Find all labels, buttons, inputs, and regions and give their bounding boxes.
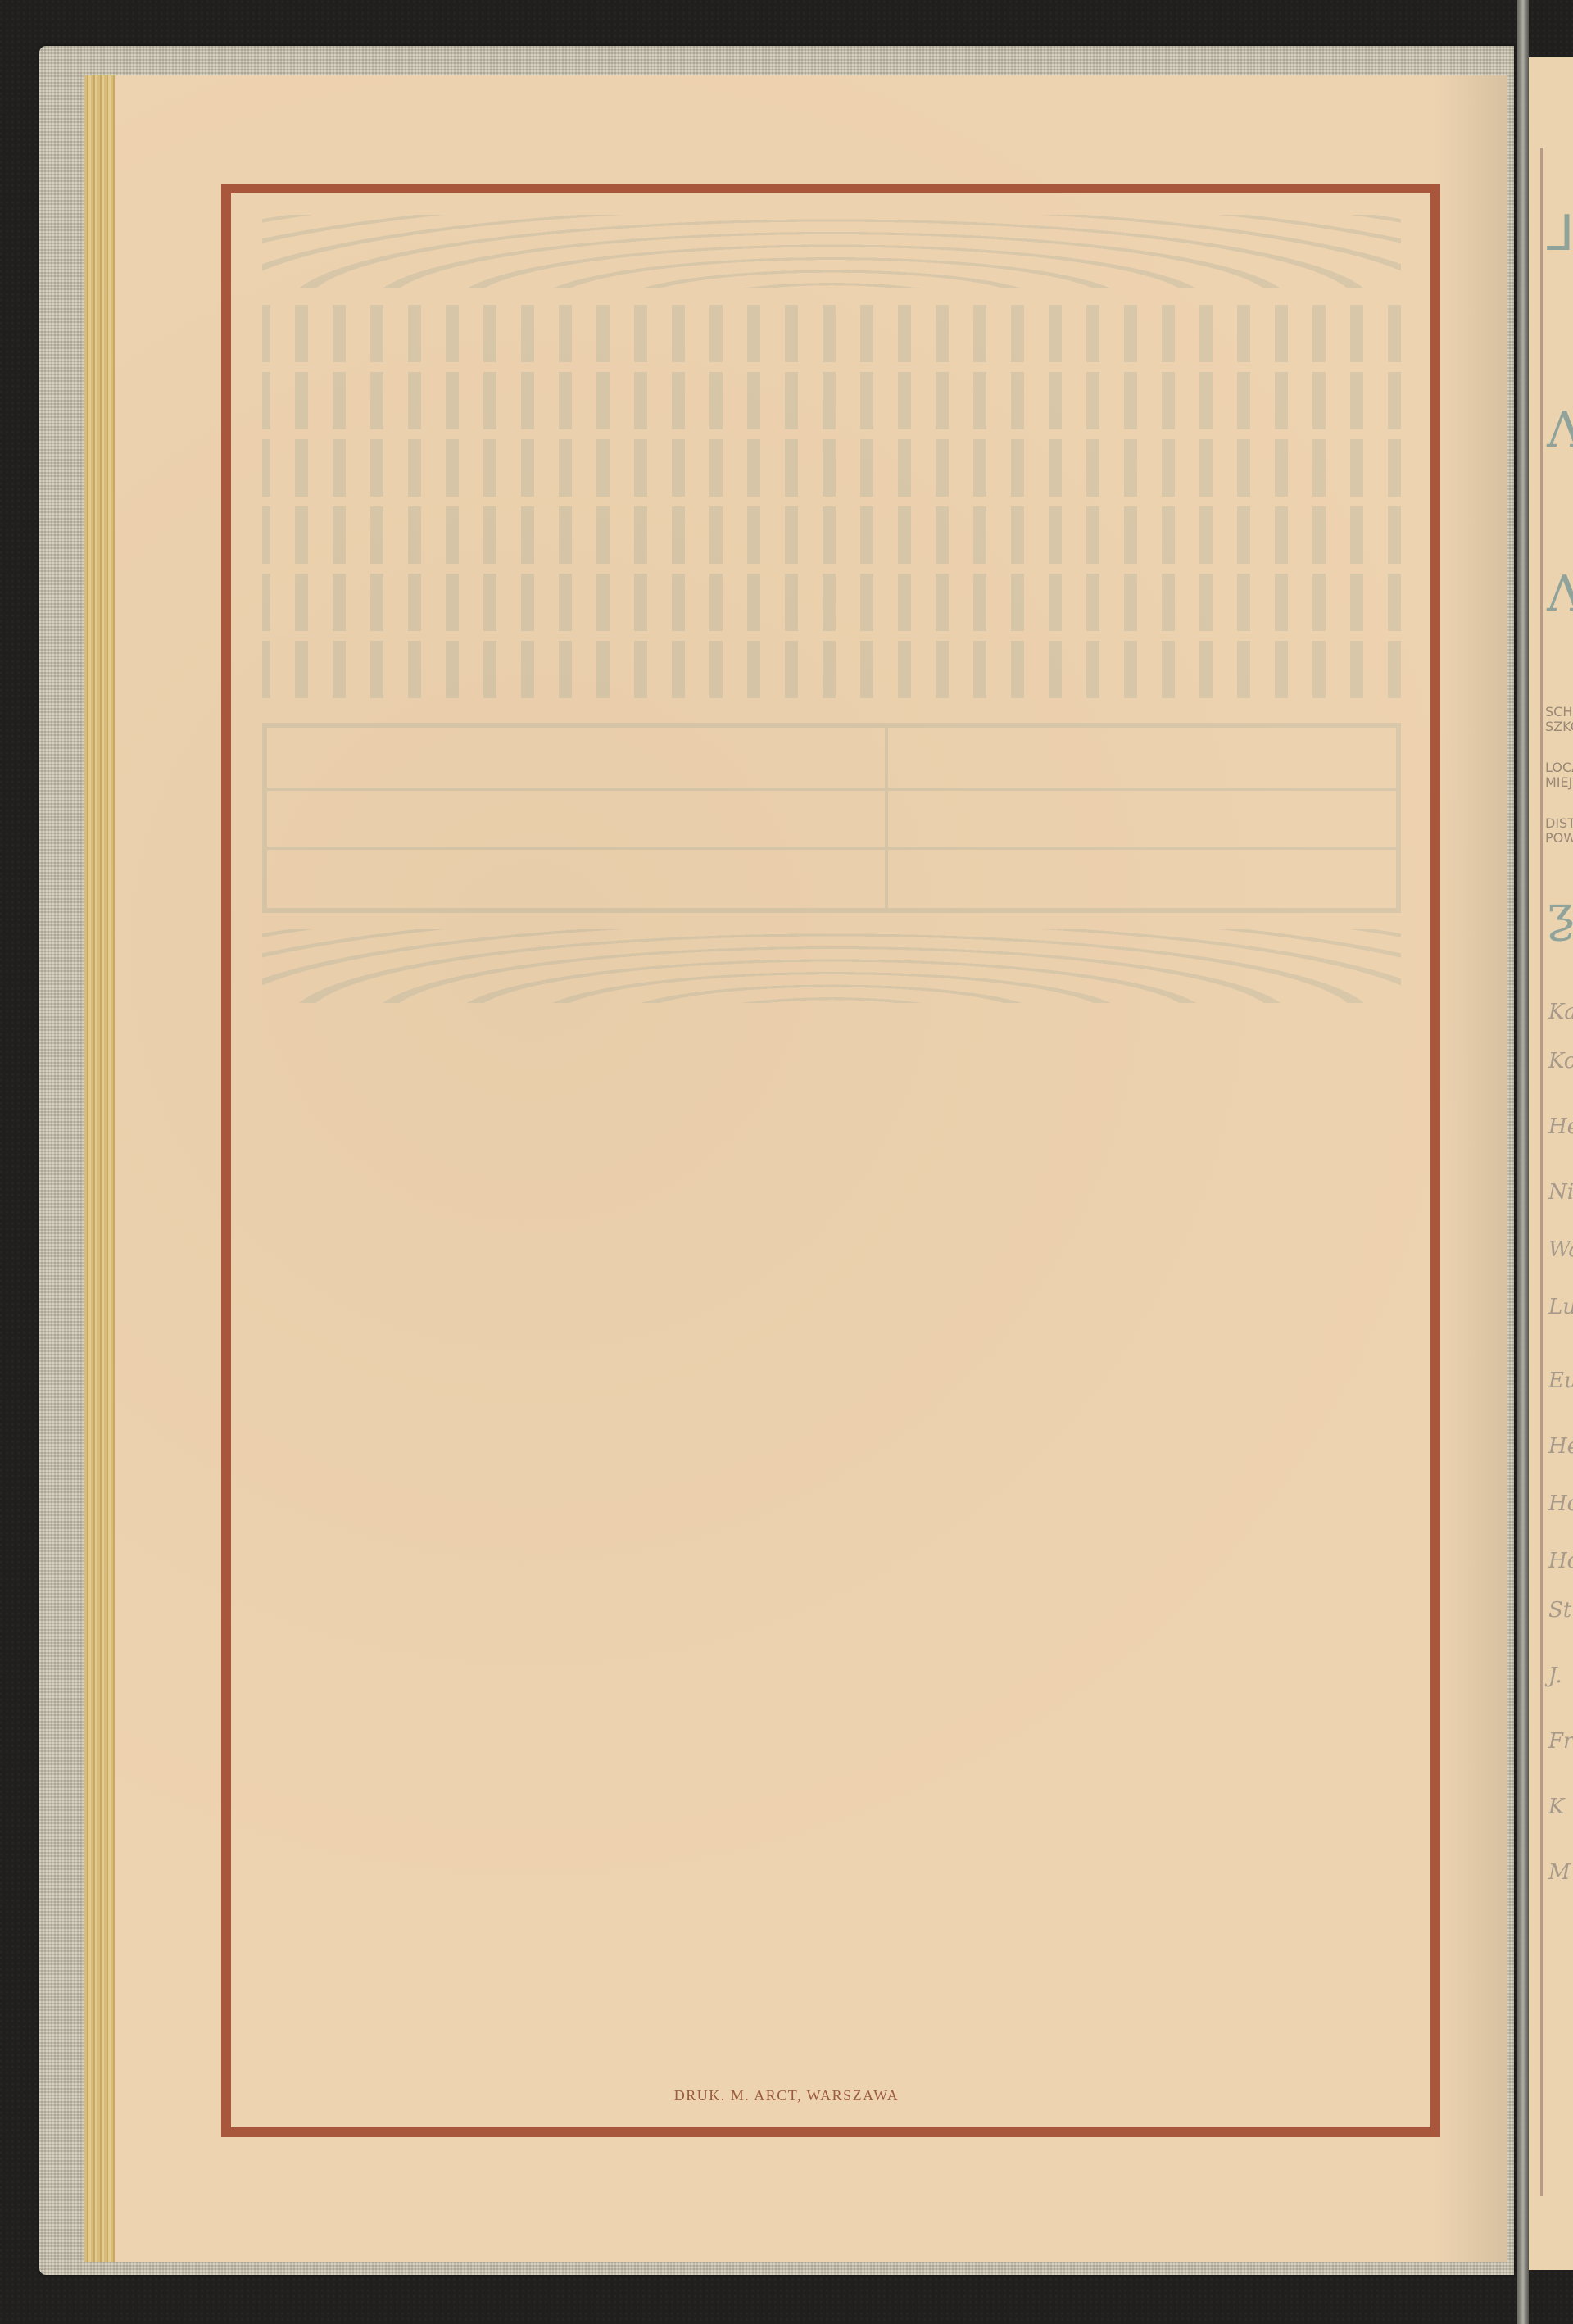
facing-page-edge: ⅃ Ʌ Ʌ SCHO SZKO LOCA MIEJ DISTR POW ƺ Ka… xyxy=(1529,57,1573,2270)
handwriting: Lu xyxy=(1548,1295,1573,1319)
show-through-title-lines xyxy=(262,305,1401,698)
ornament-band-bottom xyxy=(262,929,1401,1003)
handwriting: K xyxy=(1548,1795,1564,1819)
handwriting: Fr xyxy=(1548,1729,1573,1754)
handwriting: Ho xyxy=(1548,1549,1573,1573)
page-edges xyxy=(84,75,117,2262)
show-through-title-page xyxy=(262,215,1401,1026)
facing-label: SZKO xyxy=(1545,719,1573,734)
book-page xyxy=(115,75,1507,2262)
ornament-band-top xyxy=(262,215,1401,288)
handwriting: He xyxy=(1548,1434,1573,1459)
facing-label: LOCA xyxy=(1545,760,1573,775)
sleeve-seam xyxy=(1517,0,1529,2324)
printer-imprint: DRUK. M. ARCT, WARSZAWA xyxy=(0,2087,1573,2104)
facing-label: MIEJ xyxy=(1545,775,1572,790)
handwriting: M xyxy=(1548,1860,1571,1885)
handwriting: He xyxy=(1548,1114,1573,1139)
ornament-glyph: ⅃ xyxy=(1547,205,1573,262)
show-through-table xyxy=(262,723,1401,913)
ornament-glyph: ƺ xyxy=(1547,885,1573,942)
ornament-glyph: Ʌ xyxy=(1547,402,1573,459)
ornament-glyph: Ʌ xyxy=(1547,565,1573,623)
handwriting: Ho xyxy=(1548,1491,1573,1516)
handwriting: J. xyxy=(1548,1664,1562,1688)
handwriting: Ka xyxy=(1548,1000,1573,1024)
handwriting: Wa xyxy=(1548,1237,1573,1262)
facing-label: DISTR xyxy=(1545,816,1573,831)
handwriting: Ni xyxy=(1548,1180,1573,1205)
facing-label: POW xyxy=(1545,831,1573,846)
facing-label: SCHO xyxy=(1545,705,1573,719)
handwriting: Ko xyxy=(1548,1049,1573,1073)
handwriting: Eug xyxy=(1548,1369,1573,1393)
handwriting: St xyxy=(1548,1598,1571,1623)
